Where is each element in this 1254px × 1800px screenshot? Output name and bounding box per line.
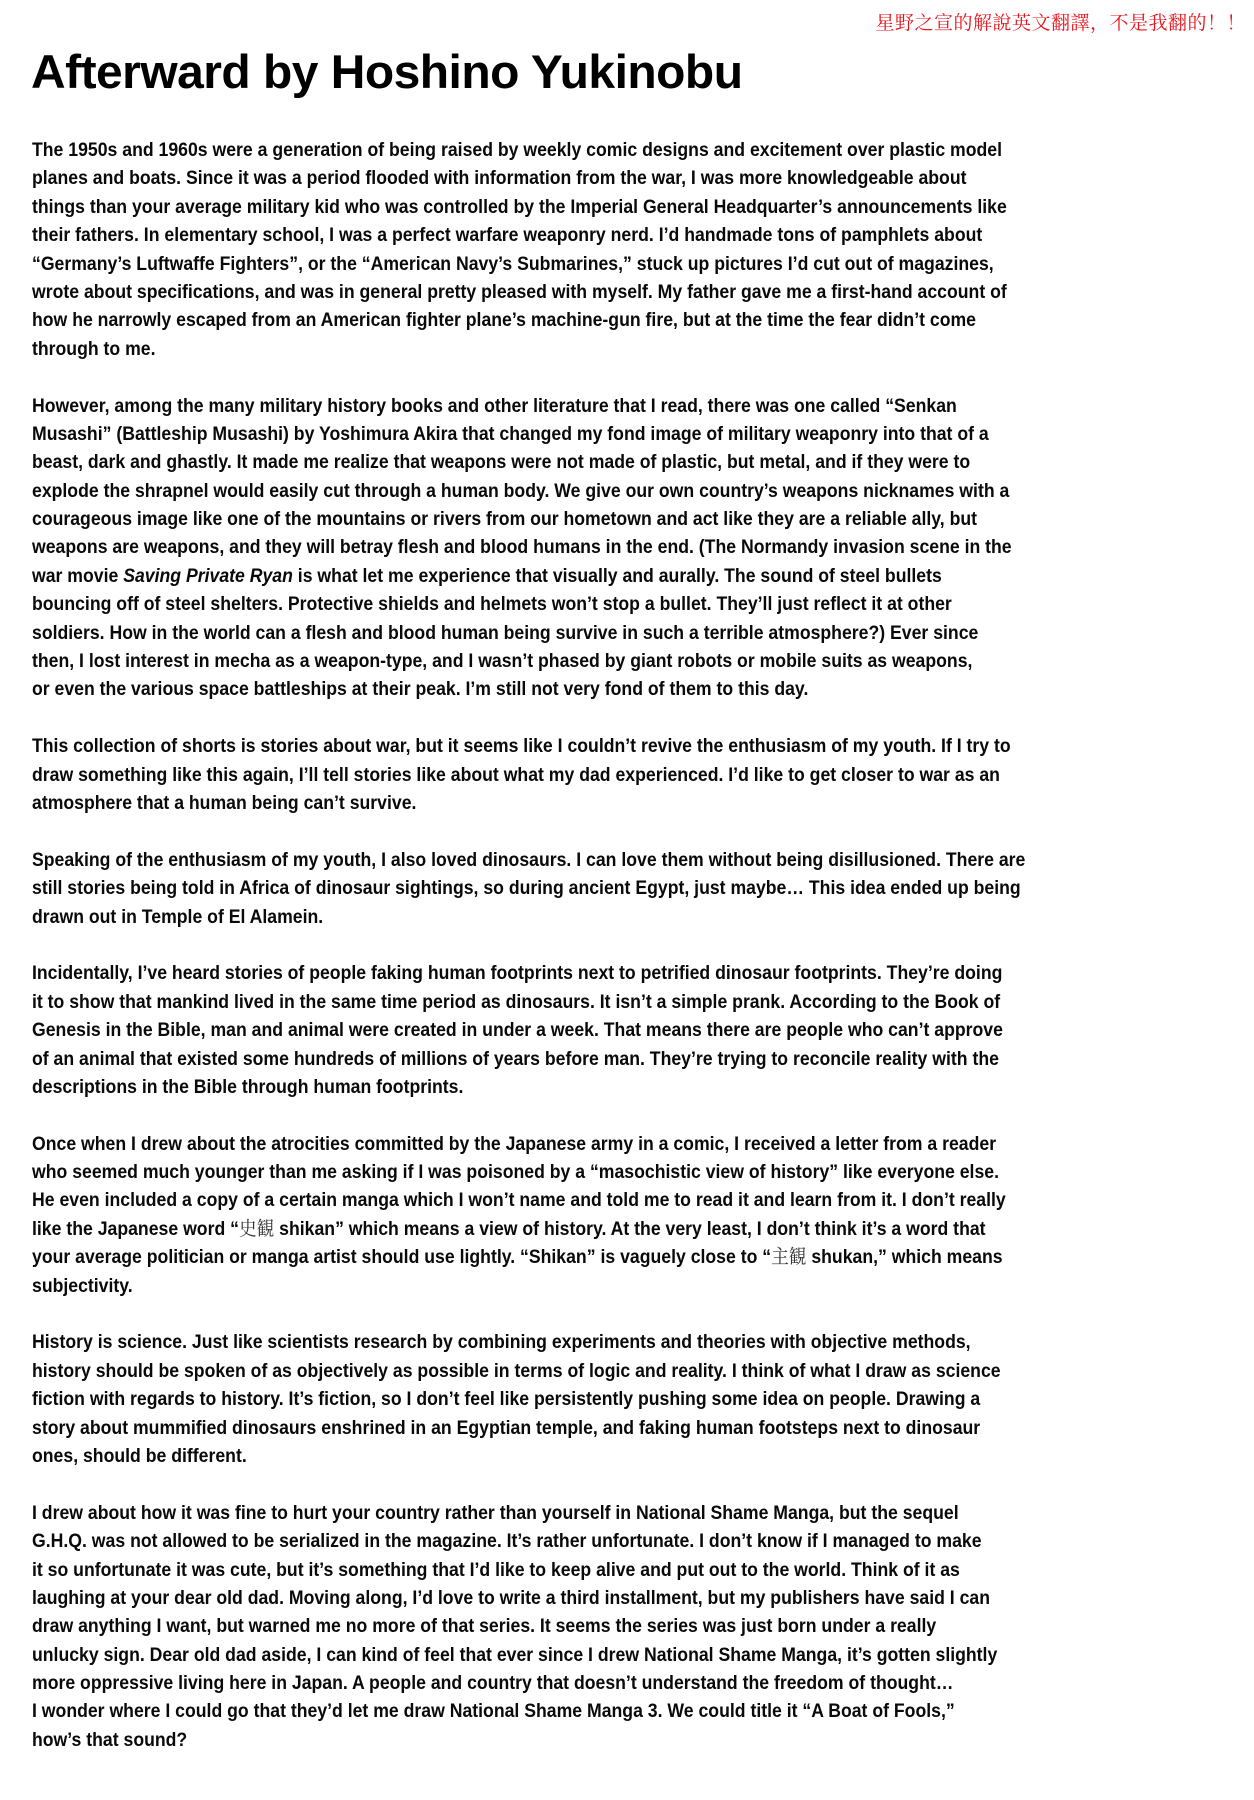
text-line: history should be spoken of as objective… (32, 1357, 1132, 1385)
text-line: it so unfortunate it was cute, but it’s … (32, 1556, 1132, 1584)
text-line: then, I lost interest in mecha as a weap… (32, 647, 1132, 675)
text-line: This collection of shorts is stories abo… (32, 732, 1132, 760)
text-line: However, among the many military history… (32, 392, 1132, 420)
paragraph-8: I drew about how it was fine to hurt you… (32, 1499, 1247, 1755)
text-line: draw anything I want, but warned me no m… (32, 1612, 1132, 1640)
text-line: unlucky sign. Dear old dad aside, I can … (32, 1641, 1132, 1669)
text-line: He even included a copy of a certain man… (32, 1186, 1132, 1214)
text-line: I drew about how it was fine to hurt you… (32, 1499, 1132, 1527)
text-line: I wonder where I could go that they’d le… (32, 1697, 1132, 1725)
text-line: The 1950s and 1960s were a generation of… (32, 136, 1132, 164)
text-line: Speaking of the enthusiasm of my youth, … (32, 846, 1132, 874)
text-line: who seemed much younger than me asking i… (32, 1158, 1132, 1186)
text-segment: is what let me experience that visually … (293, 565, 942, 587)
paragraph-2: However, among the many military history… (32, 392, 1247, 704)
text-line: more oppressive living here in Japan. A … (32, 1669, 1132, 1697)
text-line: ones, should be different. (32, 1442, 1132, 1470)
text-line: courageous image like one of the mountai… (32, 505, 1132, 533)
text-segment: your average politician or manga artist … (32, 1246, 771, 1268)
text-line: bouncing off of steel shelters. Protecti… (32, 590, 1132, 618)
movie-title: Saving Private Ryan (123, 565, 293, 587)
paragraph-3: This collection of shorts is stories abo… (32, 732, 1247, 817)
text-line: through to me. (32, 335, 1132, 363)
text-line: still stories being told in Africa of di… (32, 874, 1132, 902)
text-line: soldiers. How in the world can a flesh a… (32, 619, 1132, 647)
text-line: things than your average military kid wh… (32, 193, 1132, 221)
text-line: planes and boats. Since it was a period … (32, 164, 1132, 192)
text-line: descriptions in the Bible through human … (32, 1073, 1132, 1101)
text-line: explode the shrapnel would easily cut th… (32, 477, 1132, 505)
text-line: History is science. Just like scientists… (32, 1328, 1132, 1356)
text-line: their fathers. In elementary school, I w… (32, 221, 1132, 249)
afterword-body: The 1950s and 1960s were a generation of… (32, 136, 1247, 1783)
text-line: G.H.Q. was not allowed to be serialized … (32, 1527, 1132, 1555)
text-line: how’s that sound? (32, 1726, 1132, 1754)
text-line: Once when I drew about the atrocities co… (32, 1130, 1132, 1158)
text-line: atmosphere that a human being can’t surv… (32, 789, 1132, 817)
kanji-shukan: 主観 (771, 1245, 806, 1268)
text-segment: shikan” which means a view of history. A… (274, 1218, 985, 1240)
text-line-with-kanji: your average politician or manga artist … (32, 1243, 1132, 1271)
paragraph-1: The 1950s and 1960s were a generation of… (32, 136, 1247, 363)
text-line: of an animal that existed some hundreds … (32, 1045, 1132, 1073)
text-line: weapons are weapons, and they will betra… (32, 533, 1132, 561)
text-segment: war movie (32, 565, 123, 587)
paragraph-6: Once when I drew about the atrocities co… (32, 1130, 1247, 1300)
paragraph-7: History is science. Just like scientists… (32, 1328, 1247, 1470)
text-line: laughing at your dear old dad. Moving al… (32, 1584, 1132, 1612)
text-line: Genesis in the Bible, man and animal wer… (32, 1016, 1132, 1044)
text-line: it to show that mankind lived in the sam… (32, 988, 1132, 1016)
text-line: or even the various space battleships at… (32, 675, 1132, 703)
text-line: fiction with regards to history. It’s fi… (32, 1385, 1132, 1413)
text-line: subjectivity. (32, 1272, 1132, 1300)
translator-note: 星野之宣的解說英文翻譯，不是我翻的！！ (875, 8, 1246, 35)
kanji-shikan: 史観 (239, 1217, 274, 1240)
text-line-with-kanji: like the Japanese word “史観 shikan” which… (32, 1215, 1132, 1243)
text-segment: shukan,” which means (806, 1246, 1002, 1268)
text-line: Incidentally, I’ve heard stories of peop… (32, 959, 1132, 987)
text-line: Musashi” (Battleship Musashi) by Yoshimu… (32, 420, 1132, 448)
page-title: Afterward by Hoshino Yukinobu (31, 44, 742, 99)
text-line: how he narrowly escaped from an American… (32, 306, 1132, 334)
text-line: drawn out in Temple of El Alamein. (32, 903, 1132, 931)
text-line: beast, dark and ghastly. It made me real… (32, 448, 1132, 476)
text-line-with-italic: war movie Saving Private Ryan is what le… (32, 562, 1132, 590)
text-line: “Germany’s Luftwaffe Fighters”, or the “… (32, 250, 1132, 278)
text-line: wrote about specifications, and was in g… (32, 278, 1132, 306)
text-line: draw something like this again, I’ll tel… (32, 761, 1132, 789)
paragraph-4: Speaking of the enthusiasm of my youth, … (32, 846, 1247, 931)
document-page: 星野之宣的解說英文翻譯，不是我翻的！！ Afterward by Hoshino… (0, 0, 1254, 1800)
paragraph-5: Incidentally, I’ve heard stories of peop… (32, 959, 1247, 1101)
text-segment: like the Japanese word “ (32, 1218, 239, 1240)
text-line: story about mummified dinosaurs enshrine… (32, 1414, 1132, 1442)
